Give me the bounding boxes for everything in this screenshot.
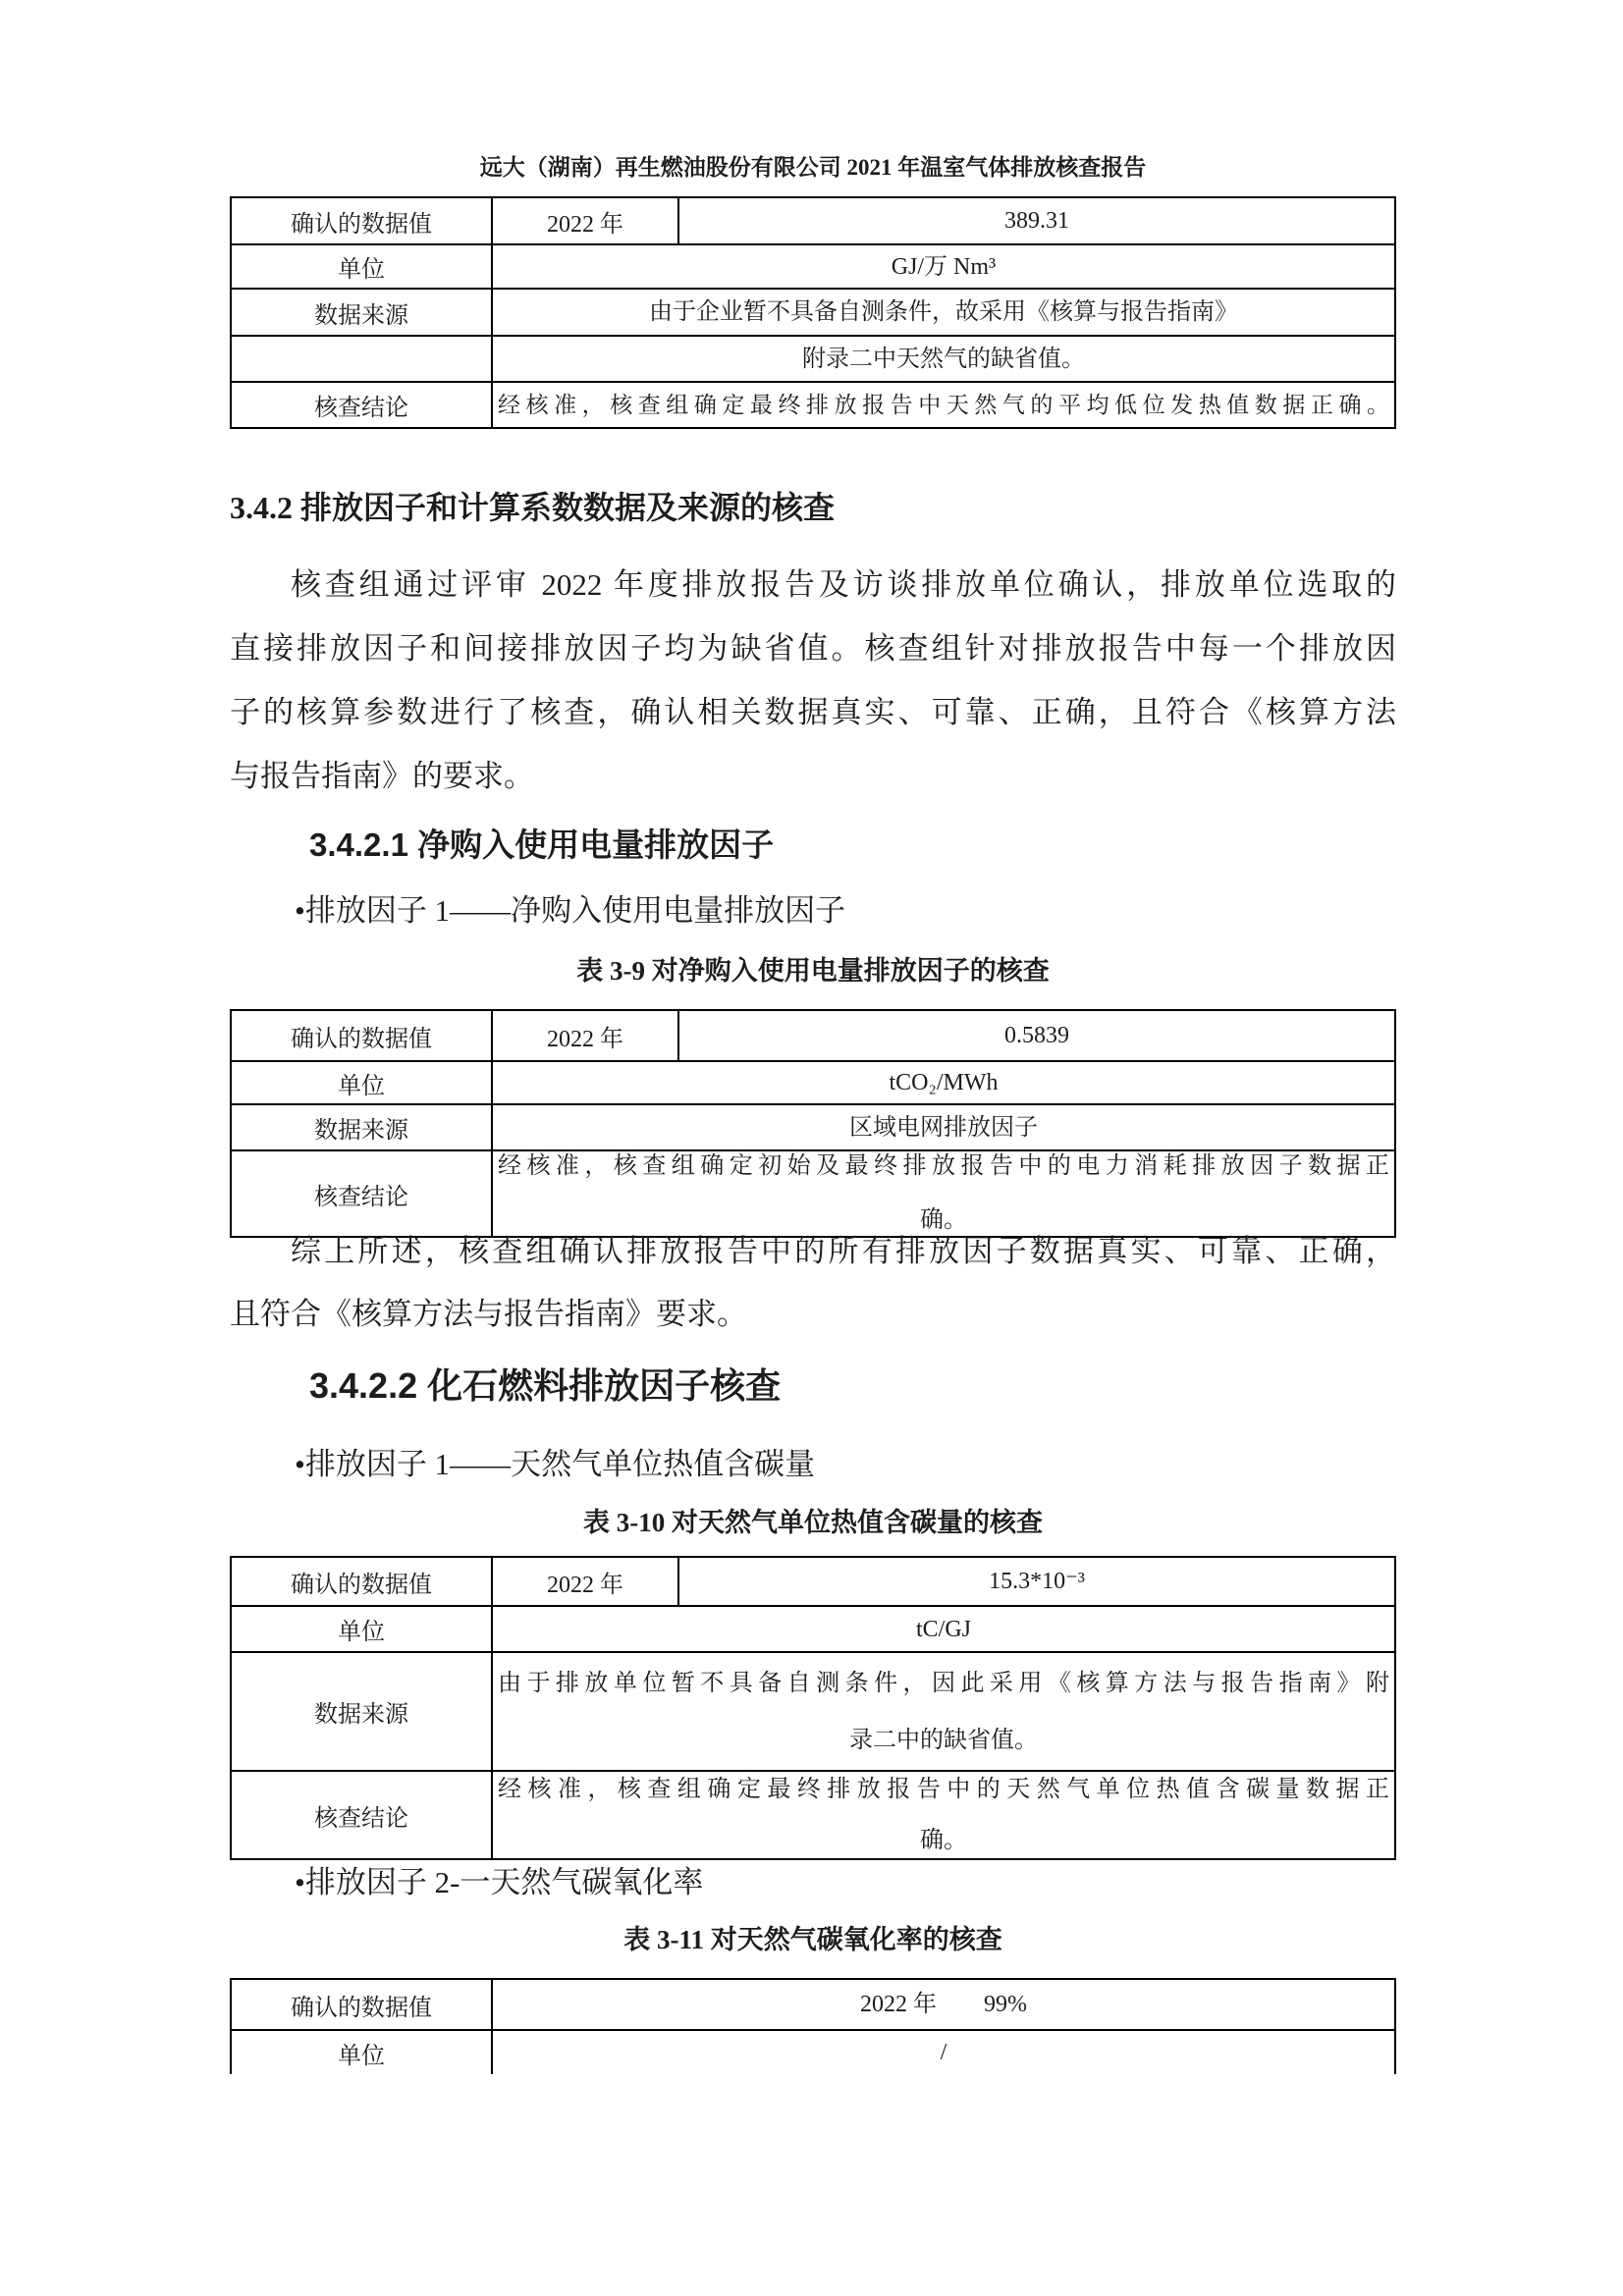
document-header-title: 远大（湖南）再生燃油股份有限公司 2021 年温室气体排放核查报告: [230, 153, 1396, 183]
table-3-10-carbon-content: 确认的数据值2022 年15.3*10⁻³单位tC/GJ数据来源由于排放单位暂不…: [230, 1556, 1396, 1860]
value-line: 由于排放单位暂不具备自测条件，因此采用《核算方法与报告指南》附: [498, 1655, 1389, 1712]
value-cell: 附录二中天然气的缺省值。: [493, 337, 1394, 381]
table-row: 单位/: [232, 2029, 1394, 2074]
value-line: 录二中的缺省值。: [498, 1712, 1389, 1769]
paragraph-summary: 综上所述，核查组确认排放报告中的所有排放因子数据真实、可靠、正确，且符合《核算方…: [230, 1220, 1396, 1346]
table-3-11-oxidation-rate: 确认的数据值2022 年 99%单位/: [230, 1978, 1396, 2074]
table-row: 数据来源由于企业暂不具备自测条件，故采用《核算与报告指南》: [232, 288, 1394, 335]
table-row: 确认的数据值2022 年 99%: [232, 1980, 1394, 2029]
year-cell: 2022 年: [493, 1011, 679, 1060]
row-label-cell: 数据来源: [232, 1105, 493, 1149]
year-cell: 2022 年: [493, 1558, 679, 1605]
value-line: 经核准，核查组确定最终排放报告中的天然气单位热值含碳量数据正: [498, 1772, 1389, 1815]
row-label-cell: 核查结论: [232, 1772, 493, 1858]
section-heading-3-4-2-1: 3.4.2.1 净购入使用电量排放因子: [309, 826, 774, 865]
row-label-cell: [232, 337, 493, 381]
paragraph-line: 直接排放因子和间接排放因子均为缺省值。核查组针对排放报告中每一个排放因: [230, 616, 1396, 680]
value-line: 15.3*10⁻³: [684, 1565, 1389, 1598]
bullet-emission-factor-2-oxidation-rate: •排放因子 2-一天然气碳氧化率: [295, 1864, 703, 1901]
document-page: 远大（湖南）再生燃油股份有限公司 2021 年温室气体排放核查报告 确认的数据值…: [0, 0, 1623, 2296]
value-cell: GJ/万 Nm³: [493, 245, 1394, 288]
table-row: 单位GJ/万 Nm³: [232, 243, 1394, 288]
table-3-11-caption: 表 3-11 对天然气碳氧化率的核查: [230, 1923, 1396, 1956]
table-row: 核查结论经核准，核查组确定最终排放报告中天然气的平均低位发热值数据正确。: [232, 381, 1394, 427]
value-line: 确。: [498, 1815, 1389, 1858]
bullet-emission-factor-1-carbon-content: •排放因子 1——天然气单位热值含碳量: [295, 1446, 815, 1483]
value-cell: 由于排放单位暂不具备自测条件，因此采用《核算方法与报告指南》附录二中的缺省值。: [493, 1653, 1394, 1770]
value-line: 区域电网排放因子: [498, 1111, 1389, 1145]
value-line: 2022 年 99%: [498, 1988, 1389, 2021]
table-row: 确认的数据值2022 年15.3*10⁻³: [232, 1558, 1394, 1605]
row-label-cell: 确认的数据值: [232, 1980, 493, 2029]
row-label-cell: 确认的数据值: [232, 1558, 493, 1605]
value-line: 附录二中天然气的缺省值。: [498, 343, 1389, 376]
bullet-emission-factor-1-electricity: •排放因子 1——净购入使用电量排放因子: [295, 892, 845, 930]
section-heading-3-4-2: 3.4.2 排放因子和计算系数数据及来源的核查: [230, 489, 835, 526]
value-line: tC/GJ: [498, 1613, 1389, 1646]
value-line: /: [498, 2036, 1389, 2069]
row-label-cell: 确认的数据值: [232, 1011, 493, 1060]
row-label-cell: 单位: [232, 245, 493, 288]
value-cell: 2022 年 99%: [493, 1980, 1394, 2029]
value-cell: tC/GJ: [493, 1607, 1394, 1651]
row-label-cell: 单位: [232, 1607, 493, 1651]
paragraph-line: 子的核算参数进行了核查，确认相关数据真实、可靠、正确，且符合《核算方法: [230, 680, 1396, 744]
value-cell: 0.5839: [679, 1011, 1394, 1060]
value-cell: 389.31: [679, 198, 1394, 243]
row-label-cell: 确认的数据值: [232, 198, 493, 243]
table-row: 数据来源由于排放单位暂不具备自测条件，因此采用《核算方法与报告指南》附录二中的缺…: [232, 1651, 1394, 1770]
paragraph-line: 与报告指南》的要求。: [230, 744, 1396, 808]
year-cell: 2022 年: [493, 198, 679, 243]
table-3-9-electricity-emission-factor: 确认的数据值2022 年0.5839单位tCO₂/MWh数据来源区域电网排放因子…: [230, 1009, 1396, 1238]
table-row: 单位tCO₂/MWh: [232, 1060, 1394, 1103]
value-line: tCO₂/MWh: [498, 1066, 1389, 1099]
paragraph-line: 综上所述，核查组确认排放报告中的所有排放因子数据真实、可靠、正确，: [230, 1220, 1396, 1283]
value-cell: tCO₂/MWh: [493, 1062, 1394, 1103]
table-row: 附录二中天然气的缺省值。: [232, 335, 1394, 381]
table-confirmed-heating-value: 确认的数据值2022 年389.31单位GJ/万 Nm³数据来源由于企业暂不具备…: [230, 196, 1396, 429]
paragraph-line: 核查组通过评审 2022 年度排放报告及访谈排放单位确认，排放单位选取的: [230, 553, 1396, 616]
value-cell: 15.3*10⁻³: [679, 1558, 1394, 1605]
table-row: 数据来源区域电网排放因子: [232, 1103, 1394, 1149]
row-label-cell: 数据来源: [232, 290, 493, 335]
row-label-cell: 数据来源: [232, 1653, 493, 1770]
value-cell: 区域电网排放因子: [493, 1105, 1394, 1149]
table-row: 单位tC/GJ: [232, 1605, 1394, 1651]
value-line: 0.5839: [684, 1019, 1389, 1052]
table-3-9-caption: 表 3-9 对净购入使用电量排放因子的核查: [230, 954, 1396, 988]
value-line: 经核准，核查组确定初始及最终排放报告中的电力消耗排放因子数据正: [498, 1151, 1389, 1194]
value-cell: 由于企业暂不具备自测条件，故采用《核算与报告指南》: [493, 290, 1394, 335]
row-label-cell: 核查结论: [232, 383, 493, 427]
value-line: 经核准，核查组确定最终排放报告中天然气的平均低位发热值数据正确。: [498, 389, 1389, 422]
paragraph-line: 且符合《核算方法与报告指南》要求。: [230, 1283, 1396, 1346]
row-label-cell: 单位: [232, 2031, 493, 2074]
table-row: 核查结论经核准，核查组确定最终排放报告中的天然气单位热值含碳量数据正确。: [232, 1770, 1394, 1858]
paragraph-emission-factor-intro: 核查组通过评审 2022 年度排放报告及访谈排放单位确认，排放单位选取的直接排放…: [230, 553, 1396, 808]
value-cell: /: [493, 2031, 1394, 2074]
row-label-cell: 单位: [232, 1062, 493, 1103]
table-3-10-caption: 表 3-10 对天然气单位热值含碳量的核查: [230, 1506, 1396, 1539]
section-heading-3-4-2-2: 3.4.2.2 化石燃料排放因子核查: [309, 1364, 781, 1408]
value-cell: 经核准，核查组确定最终排放报告中的天然气单位热值含碳量数据正确。: [493, 1772, 1394, 1858]
table-row: 确认的数据值2022 年0.5839: [232, 1011, 1394, 1060]
value-line: 由于企业暂不具备自测条件，故采用《核算与报告指南》: [498, 295, 1389, 329]
table-row: 确认的数据值2022 年389.31: [232, 198, 1394, 243]
value-cell: 经核准，核查组确定最终排放报告中天然气的平均低位发热值数据正确。: [493, 383, 1394, 427]
value-line: GJ/万 Nm³: [498, 250, 1389, 284]
value-line: 389.31: [684, 204, 1389, 238]
